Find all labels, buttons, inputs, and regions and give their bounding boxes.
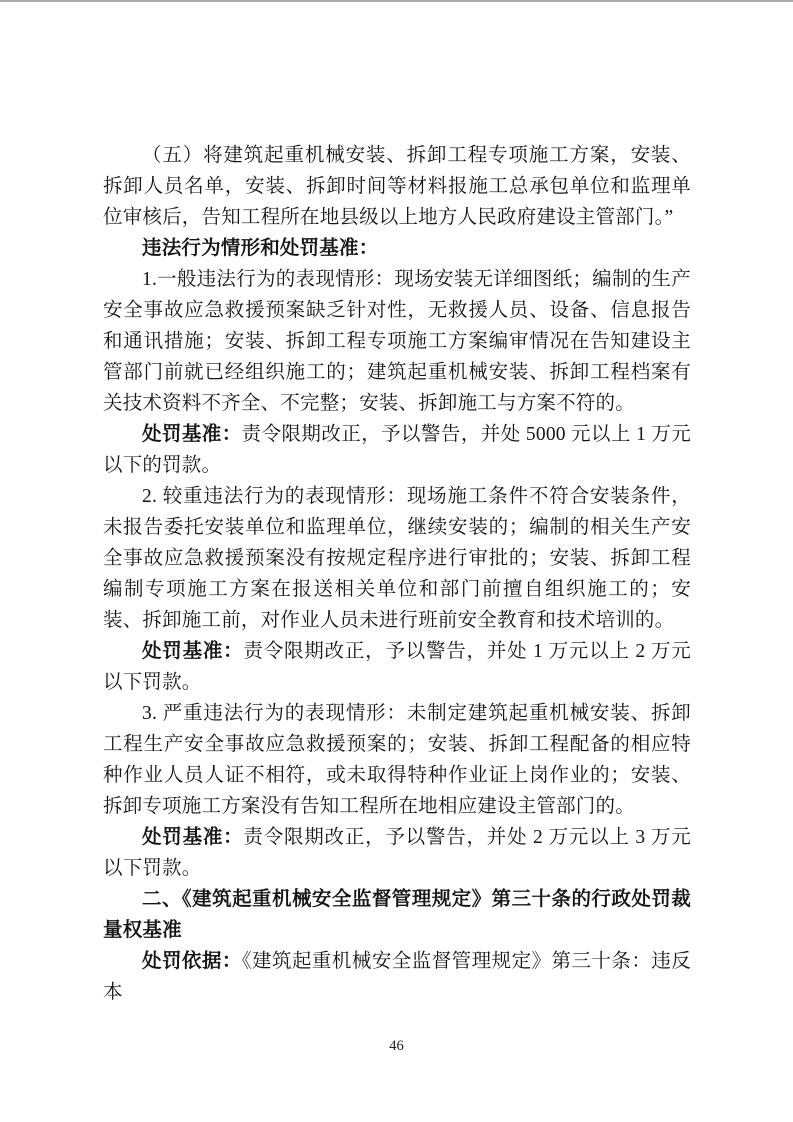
penalty-criteria-label: 处罚基准： bbox=[142, 640, 243, 662]
paragraph-text: （五）将建筑起重机械安装、拆卸工程专项施工方案，安装、拆卸人员名单，安装、拆卸时… bbox=[103, 145, 691, 228]
document-body: （五）将建筑起重机械安装、拆卸工程专项施工方案，安装、拆卸人员名单，安装、拆卸时… bbox=[103, 140, 691, 1008]
paragraph-penalty-criteria-1: 处罚基准：责令限期改正，予以警告，并处 5000 元以上 1 万元以下的罚款。 bbox=[103, 419, 691, 481]
page-top-edge-line bbox=[0, 0, 793, 2]
penalty-basis-label: 处罚依据： bbox=[142, 950, 242, 972]
paragraph-severe-violation: 3. 严重违法行为的表现情形：未制定建筑起重机械安装、拆卸工程生产安全事故应急救… bbox=[103, 698, 691, 822]
paragraph-general-violation: 1.一般违法行为的表现情形：现场安装无详细图纸；编制的生产安全事故应急救援预案缺… bbox=[103, 264, 691, 419]
paragraph-item-5-clause: （五）将建筑起重机械安装、拆卸工程专项施工方案，安装、拆卸人员名单，安装、拆卸时… bbox=[103, 140, 691, 233]
page-number: 46 bbox=[0, 1038, 793, 1055]
paragraph-text: 3. 严重违法行为的表现情形：未制定建筑起重机械安装、拆卸工程生产安全事故应急救… bbox=[103, 703, 691, 817]
paragraph-penalty-criteria-2: 处罚基准：责令限期改正，予以警告，并处 1 万元以上 2 万元以下罚款。 bbox=[103, 636, 691, 698]
paragraph-serious-violation: 2. 较重违法行为的表现情形：现场施工条件不符合安装条件，未报告委托安装单位和监… bbox=[103, 481, 691, 636]
heading-violation-and-penalty-criteria: 违法行为情形和处罚基准： bbox=[103, 233, 691, 264]
paragraph-text: 2. 较重违法行为的表现情形：现场施工条件不符合安装条件，未报告委托安装单位和监… bbox=[103, 486, 691, 631]
paragraph-text: 1.一般违法行为的表现情形：现场安装无详细图纸；编制的生产安全事故应急救援预案缺… bbox=[103, 269, 691, 414]
penalty-criteria-label: 处罚基准： bbox=[142, 826, 243, 848]
paragraph-penalty-basis: 处罚依据：《建筑起重机械安全监督管理规定》第三十条：违反本 bbox=[103, 946, 691, 1008]
document-page: （五）将建筑起重机械安装、拆卸工程专项施工方案，安装、拆卸人员名单，安装、拆卸时… bbox=[0, 0, 793, 1122]
penalty-criteria-label: 处罚基准： bbox=[142, 423, 242, 445]
paragraph-penalty-criteria-3: 处罚基准：责令限期改正，予以警告，并处 2 万元以上 3 万元以下罚款。 bbox=[103, 822, 691, 884]
heading-text: 违法行为情形和处罚基准： bbox=[142, 237, 378, 259]
heading-section-two-article-30: 二、《建筑起重机械安全监督管理规定》第三十条的行政处罚裁量权基准 bbox=[103, 884, 691, 946]
heading-text: 二、《建筑起重机械安全监督管理规定》第三十条的行政处罚裁量权基准 bbox=[103, 888, 691, 941]
